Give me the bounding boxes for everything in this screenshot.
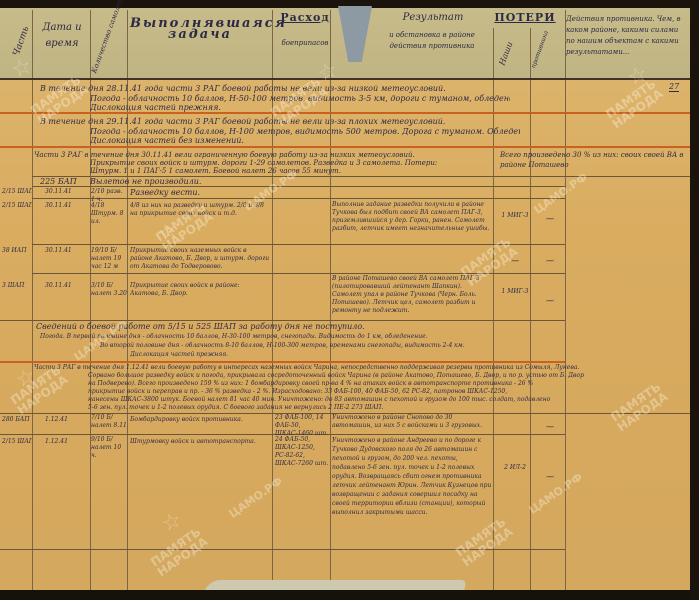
row-qty: 7/10 Б/налет 8.11 xyxy=(91,414,127,430)
summary-30-line-3: Штурм. 1 и 1 ПАГ-5 1 самолет. Боевой нал… xyxy=(90,166,490,176)
row-result: Уничтожено в районе Снопово до 30 автома… xyxy=(332,414,492,430)
watermark-camo: ЦАМО.РФ xyxy=(532,171,590,216)
header-task: Выполнявшаяся задача xyxy=(130,18,270,40)
row-task: Прикрытие своих войск в районе: Акатова,… xyxy=(130,282,270,298)
row-consumption: 24 ФАБ-50, ШКАС-1250, РС-82-62, ШКАС-726… xyxy=(275,436,331,468)
grid-col-8 xyxy=(565,10,566,590)
summary-weather-line-3: Дислокация частей прежняя. xyxy=(130,351,430,359)
row-divider xyxy=(32,273,565,274)
summary-1dec-line-3: на Подверево). Всего произведено 159 % и… xyxy=(88,380,688,388)
star-watermark-icon: ☆ xyxy=(159,509,185,536)
summary-29-line-1: В течение дня 29.11.41 года части 3 РАГ … xyxy=(40,117,490,127)
summary-1dec-line-6: 5-6 зен. пул. точек и 1-2 полевых орудия… xyxy=(88,404,688,412)
row-losses-enemy: — xyxy=(540,256,560,266)
header-consumption-sub: боеприпасов xyxy=(275,38,335,49)
row-divider xyxy=(0,320,565,321)
row-losses-ours: — xyxy=(540,422,560,432)
row-losses-ours: — xyxy=(505,256,525,266)
watermark-pamyat-naroda: ПАМЯТЬНАРОДА xyxy=(148,525,210,578)
row-date: 30.11.41 xyxy=(45,188,89,196)
row-qty: 19/10 Б/налет 19 час 12 м xyxy=(91,247,127,271)
summary-missing-line-1: Сведений о боевой работе от 5/15 и 525 Ш… xyxy=(36,322,486,332)
star-watermark-icon: ☆ xyxy=(155,219,181,246)
row-date: 30.11.41 xyxy=(45,247,89,255)
row-unit: 2/15 ШАП xyxy=(2,438,32,446)
header-result-sub: и обстановка в районе действия противник… xyxy=(372,30,492,52)
scan-border-right xyxy=(690,0,699,600)
document-page: Часть Дата и время Количество самолетовы… xyxy=(0,0,699,600)
header-enemy-actions: Действия противника. Чем, в каком районе… xyxy=(566,14,686,58)
row-divider xyxy=(0,549,565,550)
header-date: Дата и время xyxy=(34,20,90,52)
row-losses-enemy: — xyxy=(540,472,560,482)
unit-225-task: Вылетов не производили. xyxy=(90,177,290,187)
red-divider-2 xyxy=(0,146,690,148)
header-result: Результат xyxy=(378,12,488,23)
row-unit: 38 ИАП xyxy=(2,247,32,255)
header-losses: ПОТЕРИ xyxy=(494,12,556,23)
row-result: Выполнив задание разведки получили в рай… xyxy=(332,201,492,233)
unit-225: 225 БАП xyxy=(40,177,90,187)
summary-1dec-line-5: нанесены ШКАС-3800 штук. Боевой налет 81… xyxy=(88,396,688,404)
red-divider-3 xyxy=(0,361,565,363)
summary-30-note: Всего произведено 30 % из них: своих сво… xyxy=(500,150,685,170)
row-unit: 280 БАП xyxy=(2,416,32,424)
row-date: 30.11.41 xyxy=(45,202,89,210)
row-date: 30.11.41 xyxy=(45,282,89,290)
summary-weather-line-1: Погода. В первой половине дня - облачнос… xyxy=(40,333,490,341)
summary-28-line-3: Дислокация частей прежняя. xyxy=(90,103,390,113)
summary-1dec-line-1: Части 3 РАГ в течение дня 1.12.41 вели б… xyxy=(34,364,684,372)
row-unit: 3 ШАП xyxy=(2,282,32,290)
row-losses-enemy: — xyxy=(540,214,560,224)
header-consumption: Расход xyxy=(275,12,335,23)
page-number: 27 xyxy=(669,82,679,92)
watermark-pamyat-naroda: ПАМЯТЬНАРОДА xyxy=(453,515,515,568)
row-unit: 2/15 ШАП xyxy=(2,202,32,210)
summary-weather-line-2: Во второй половине дня - облачность 8-10… xyxy=(100,342,500,350)
row-qty: 9/10 Б/налет 10 ч. xyxy=(91,436,127,460)
row-divider xyxy=(32,244,565,245)
row-qty: 3/10 Б/налет 3.20 xyxy=(91,282,127,298)
row-losses-ours: 1 МИГ-3 xyxy=(500,212,530,220)
summary-28-line-1: В течение дня 28.11.41 года части 3 РАГ … xyxy=(40,84,490,94)
row-task: Бомбардировку войск противника. xyxy=(130,416,270,424)
row-result: Уничтожено в районе Андреево и по дороге… xyxy=(332,436,492,517)
row-losses-ours: 2 ИЛ-2 xyxy=(500,464,530,472)
row-consumption: 23 ФАБ-100, 14 ФАБ-50, ШКАС-1460 шт. xyxy=(275,414,331,438)
row-task: Разведку вести. xyxy=(130,188,270,198)
scan-border-bottom xyxy=(0,590,699,600)
row-date: 1.12.41 xyxy=(45,416,89,424)
watermark-camo: ЦАМО.РФ xyxy=(227,475,285,520)
row-unit: 2/15 ШАП xyxy=(2,188,32,196)
grid-col-1 xyxy=(32,10,33,590)
row-losses-enemy: — xyxy=(540,296,560,306)
row-losses-ours: 1 МИГ-3 xyxy=(500,288,530,296)
summary-29-line-3: Дислокация частей без изменений. xyxy=(90,136,390,146)
row-task: Прикрытие своих наземных войск в районе … xyxy=(130,247,270,271)
row-qty: 4/18 Штурм. 8 ил. xyxy=(91,202,127,226)
header-divider xyxy=(0,78,690,80)
row-result: В районе Поташево своей ВА самолет ПАГ-3… xyxy=(332,275,492,315)
summary-1dec-line-2: Сорвано большое разведку войск и погода,… xyxy=(88,372,688,380)
row-task: Штурмовку войск и автотранспорта. xyxy=(130,438,270,446)
row-date: 1.12.41 xyxy=(45,438,89,446)
summary-1dec-line-4: прикрытие войск и переправ и пр. - 36 % … xyxy=(88,388,688,396)
row-task: 4/8 из них на разведку и штурм. 2/8 и 3/… xyxy=(130,202,270,218)
